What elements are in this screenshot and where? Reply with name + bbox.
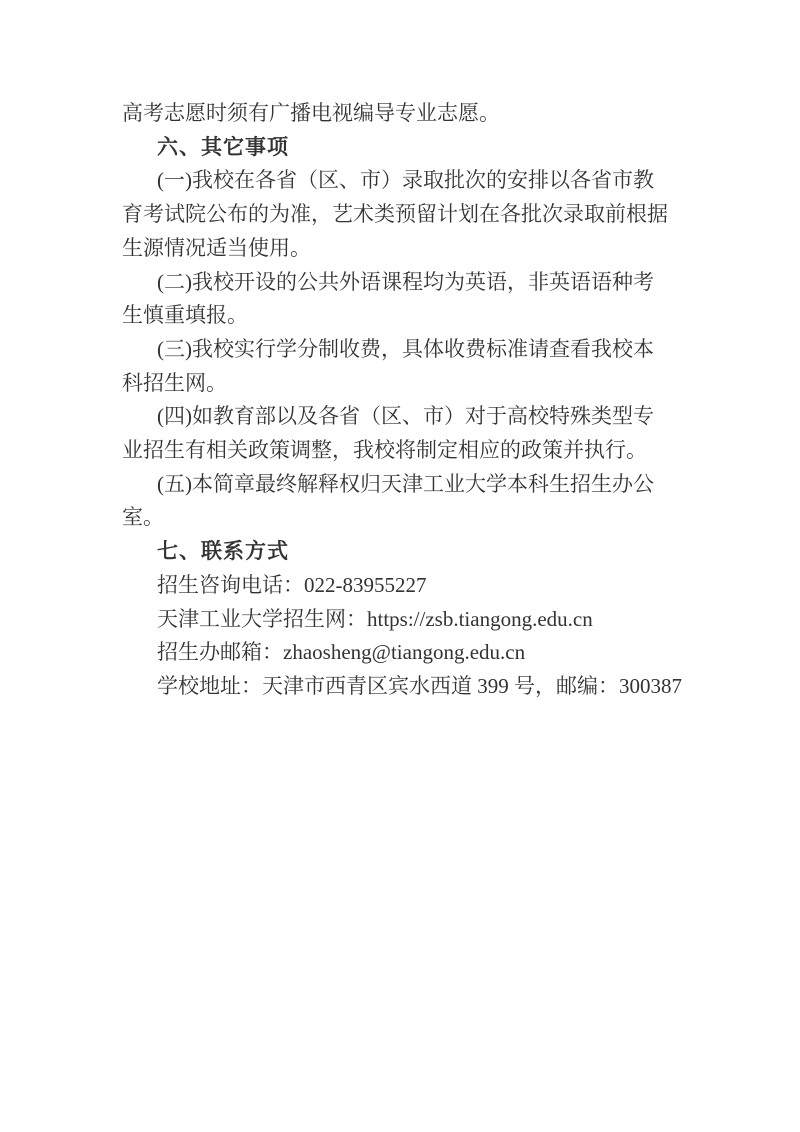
section-heading-contact: 七、联系方式 [122, 535, 740, 569]
document-page: 高考志愿时须有广播电视编导专业志愿。 六、其它事项 (一)我校在各省（区、市）录… [0, 0, 800, 1132]
paragraph-line: 高考志愿时须有广播电视编导专业志愿。 [122, 97, 740, 131]
paragraph-line: (二)我校开设的公共外语课程均为英语，非英语语种考 [122, 266, 740, 300]
paragraph-line: (三)我校实行学分制收费，具体收费标准请查看我校本 [122, 333, 740, 367]
paragraph-line: 生源情况适当使用。 [122, 232, 740, 266]
contact-address-line: 学校地址：天津市西青区宾水西道 399 号，邮编：300387 [122, 670, 740, 704]
paragraph-line: (一)我校在各省（区、市）录取批次的安排以各省市教 [122, 164, 740, 198]
paragraph-line: (五)本简章最终解释权归天津工业大学本科生招生办公 [122, 468, 740, 502]
contact-website-line: 天津工业大学招生网：https://zsb.tiangong.edu.cn [122, 603, 740, 637]
contact-phone-line: 招生咨询电话：022-83955227 [122, 569, 740, 603]
section-heading-other-matters: 六、其它事项 [122, 131, 740, 165]
paragraph-line: 业招生有相关政策调整，我校将制定相应的政策并执行。 [122, 434, 740, 468]
paragraph-line: 科招生网。 [122, 367, 740, 401]
paragraph-line: 育考试院公布的为准，艺术类预留计划在各批次录取前根据 [122, 198, 740, 232]
paragraph-line: (四)如教育部以及各省（区、市）对于高校特殊类型专 [122, 400, 740, 434]
contact-email-line: 招生办邮箱：zhaosheng@tiangong.edu.cn [122, 636, 740, 670]
paragraph-line: 室。 [122, 501, 740, 535]
paragraph-line: 生慎重填报。 [122, 299, 740, 333]
